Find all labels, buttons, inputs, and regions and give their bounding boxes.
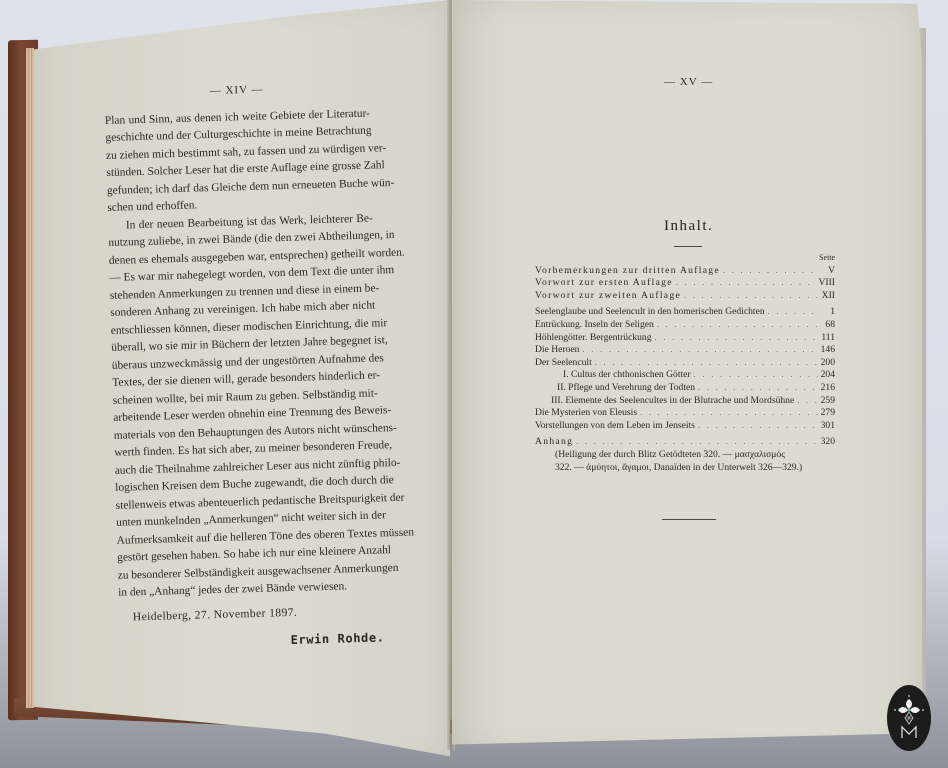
toc-entry: Die Mysterien von Eleusis279 — [535, 407, 835, 420]
toc-entry: Seelenglaube und Seelencult in den homer… — [535, 306, 835, 319]
toc-entry: Vorbemerkungen zur dritten AuflageV — [535, 265, 835, 278]
watermark-logo-icon — [887, 685, 931, 751]
place-and-date: Heidelberg, 27. November 1897. — [119, 601, 384, 626]
table-of-contents: Seite Vorbemerkungen zur dritten Auflage… — [535, 252, 835, 474]
title-divider — [674, 246, 702, 247]
toc-entry: Der Seelencult200 — [535, 357, 835, 370]
toc-entry-appendix: Anhang320 — [535, 436, 835, 449]
left-page-edges — [26, 48, 34, 708]
toc-title: Inhalt. — [664, 218, 713, 235]
right-page-number: — XV — — [664, 76, 713, 88]
left-page-text: — XIV — Plan und Sinn, aus denen ich wei… — [104, 79, 385, 655]
toc-entry: Vorwort zur ersten AuflageVIII — [535, 277, 835, 290]
toc-entry: Entrückung. Inseln der Seligen68 — [535, 319, 835, 332]
toc-subentry: I. Cultus der chthonischen Götter204 — [535, 369, 835, 382]
appendix-note-line: (Heiligung der durch Blitz Getödteten 32… — [535, 449, 835, 462]
toc-entry: Höhlengötter. Bergentrückung111 — [535, 332, 835, 345]
book-photo: — XIV — Plan und Sinn, aus denen ich wei… — [0, 0, 948, 768]
end-divider — [662, 519, 716, 520]
ornamental-flower-m-icon — [891, 692, 927, 744]
paragraph-1: Plan und Sinn, aus denen ich weite Gebie… — [105, 105, 373, 217]
toc-entry: Die Heroen146 — [535, 344, 835, 357]
paragraph-2: In der neuen Bearbeitung ist das Werk, l… — [108, 210, 384, 602]
toc-subentry: III. Elemente des Seelencultes in der Bl… — [535, 395, 835, 408]
toc-entry: Vorwort zur zweiten AuflageXII — [535, 290, 835, 303]
appendix-note-line: 322. — ἀμύητοι, ἄγαμοι, Danaïden in der … — [535, 462, 835, 475]
toc-subentry: II. Pflege und Verehrung der Todten216 — [535, 382, 835, 395]
toc-entry: Vorstellungen von dem Leben im Jenseits3… — [535, 420, 835, 433]
seite-column-label: Seite — [535, 252, 835, 265]
